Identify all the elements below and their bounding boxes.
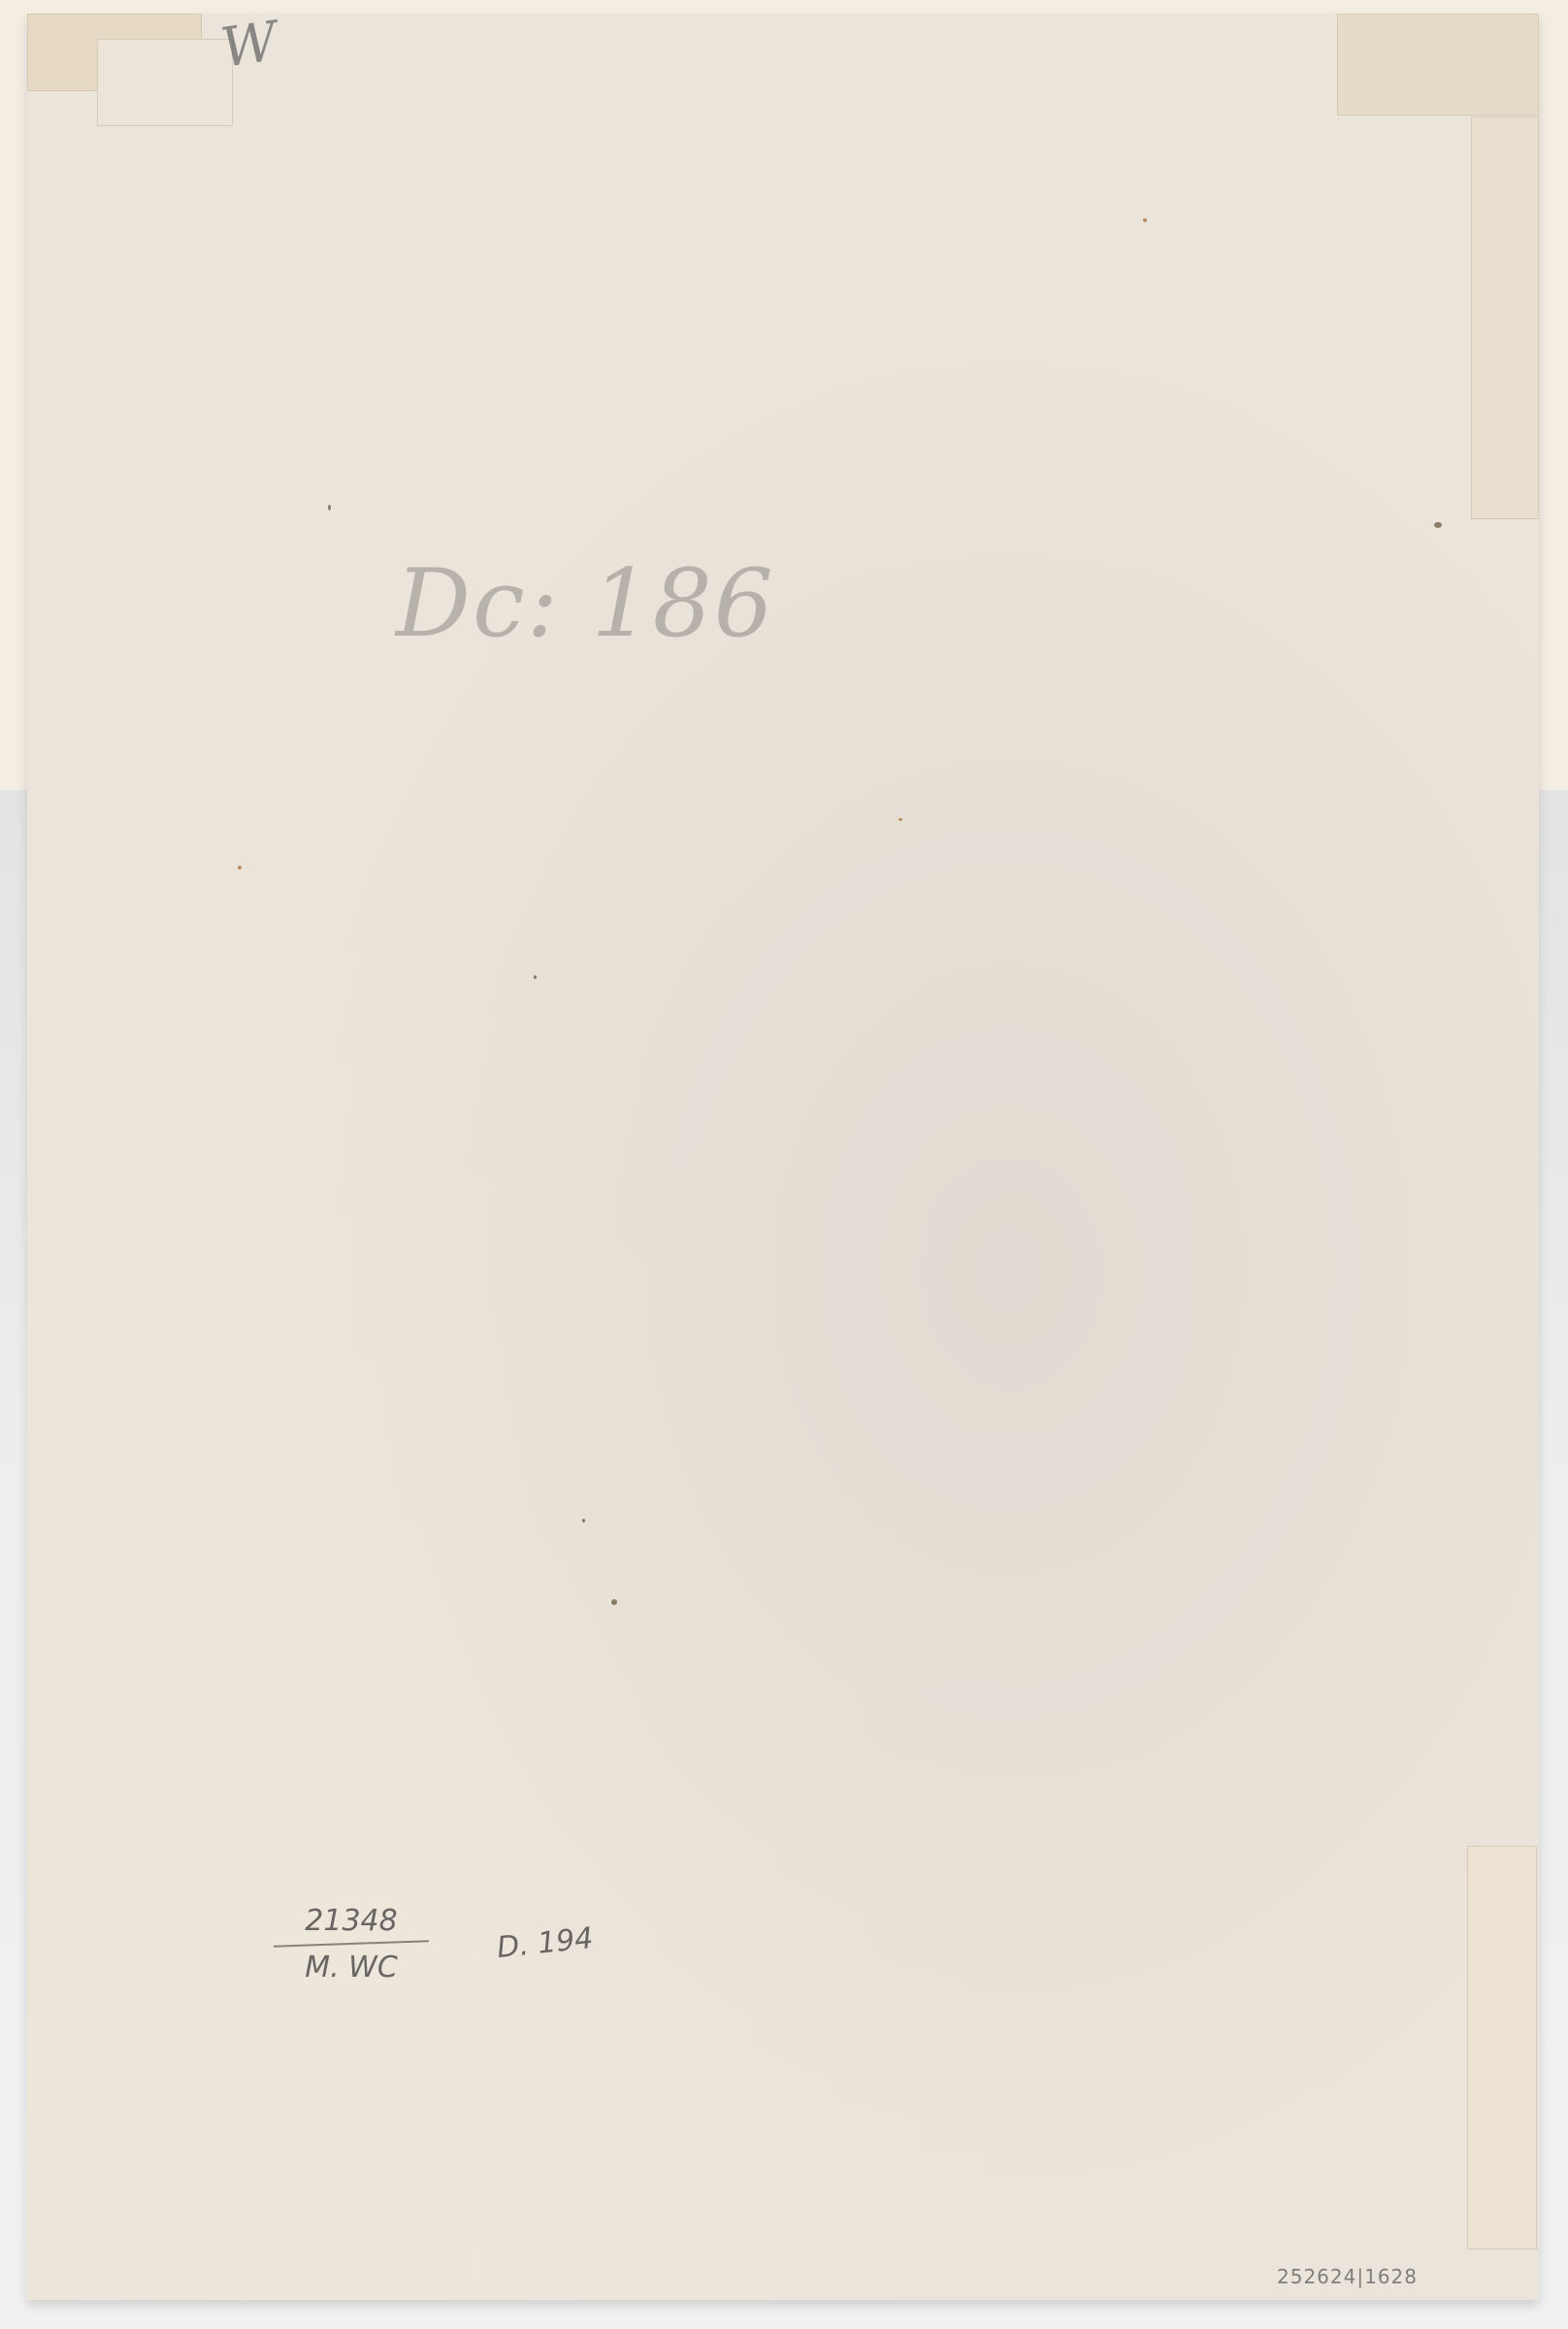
paper-sheet: [27, 14, 1539, 2300]
inventory-code: M. WC: [274, 1949, 429, 1987]
corner-pencil-mark: W: [217, 10, 281, 80]
paper-speck: [1434, 522, 1442, 528]
paper-speck: [1143, 218, 1147, 222]
paper-speck: [582, 1519, 585, 1523]
paper-speck: [238, 866, 242, 869]
hinge-strip-right-lower: [1467, 1846, 1537, 2249]
hinge-tape-top-left-inner: [97, 39, 233, 126]
hinge-strip-right-upper: [1471, 116, 1539, 519]
hinge-tape-top-right: [1337, 14, 1539, 115]
paper-speck: [611, 1599, 617, 1605]
bottom-catalog-stamp: 252624|1628: [1277, 2265, 1418, 2288]
collection-number-inscription: Dc: 186: [396, 549, 775, 658]
paper-speck: [534, 975, 537, 979]
inventory-number: 21348: [274, 1902, 429, 1941]
inventory-fraction: 21348 M. WC: [274, 1902, 429, 1987]
paper-speck: [898, 818, 902, 821]
fraction-bar: [274, 1940, 429, 1948]
paper-speck: [328, 505, 331, 510]
